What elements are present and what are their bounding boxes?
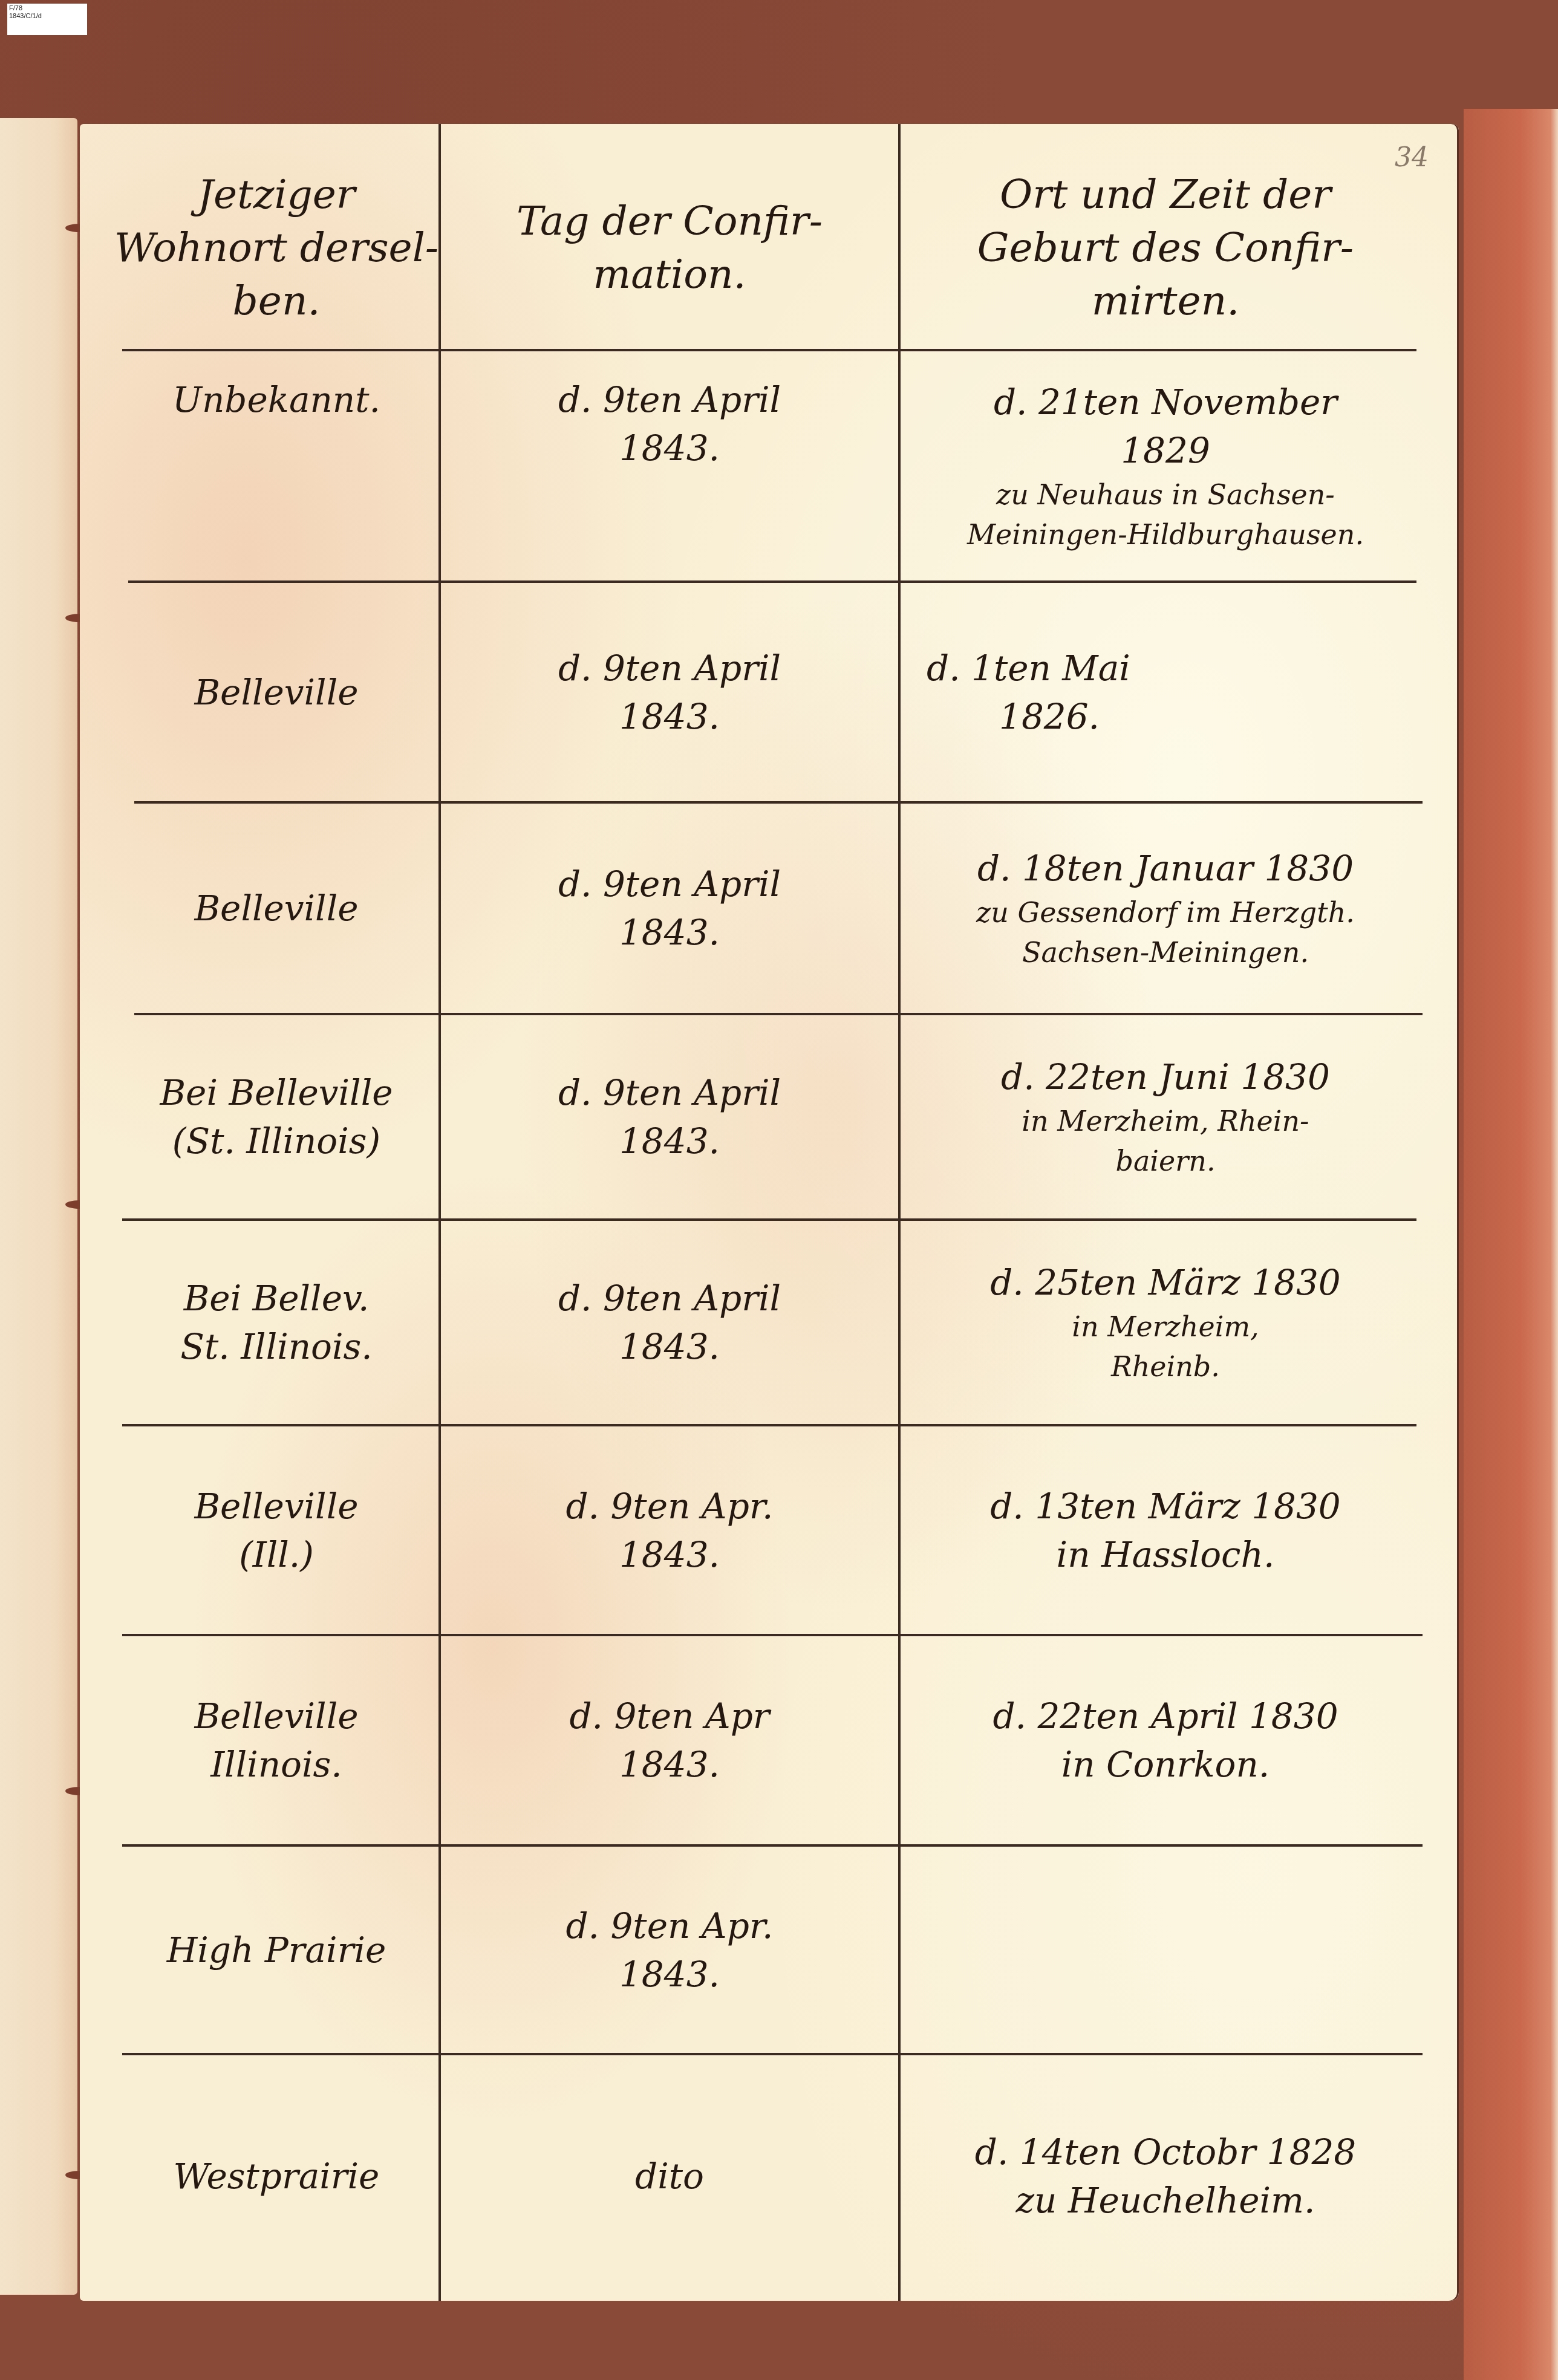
confirmation-text: d. 9ten April bbox=[558, 860, 781, 908]
residence-text: High Prairie bbox=[167, 1926, 386, 1974]
residence-text: Westprairie bbox=[174, 2152, 380, 2200]
confirmation-text: 1843. bbox=[619, 908, 720, 957]
birth-text: d. 22ten April 1830 bbox=[992, 1692, 1338, 1740]
residence-text: Belleville bbox=[194, 668, 358, 717]
confirmation-date-cell: d. 9ten April 1843. bbox=[443, 1221, 896, 1424]
birth-text: d. 21ten November bbox=[994, 378, 1337, 426]
confirmation-text: d. 9ten April bbox=[558, 1274, 781, 1322]
birth-text: in Merzheim, bbox=[1072, 1307, 1259, 1347]
book-binding-strip bbox=[1464, 109, 1558, 2380]
residence-cell: Westprairie bbox=[116, 2055, 437, 2297]
residence-cell: Bei Bellev. St. Illinois. bbox=[116, 1221, 437, 1424]
birth-text: baiern. bbox=[1115, 1141, 1215, 1181]
archive-label-line-1: F/78 bbox=[9, 5, 85, 13]
confirmation-text: 1843. bbox=[619, 1322, 720, 1371]
header-text: Ort und Zeit der bbox=[1000, 168, 1331, 221]
residence-text: Belleville bbox=[194, 1692, 358, 1740]
residence-text: Unbekannt. bbox=[172, 376, 380, 424]
confirmation-text: 1843. bbox=[619, 424, 720, 472]
column-divider bbox=[898, 124, 901, 2301]
birth-cell: d. 1ten Mai 1826. bbox=[914, 583, 1429, 801]
archive-label-line-2: 1843/C/1/d bbox=[9, 13, 85, 21]
header-text: ben. bbox=[233, 275, 321, 328]
birth-text: zu Heuchelheim. bbox=[1016, 2176, 1315, 2225]
confirmation-text: dito bbox=[635, 2152, 704, 2200]
header-birth-place-date: Ort und Zeit der Geburt des Confir- mirt… bbox=[902, 148, 1429, 348]
header-current-residence: Jetziger Wohnort dersel- ben. bbox=[116, 148, 437, 348]
residence-cell: High Prairie bbox=[116, 1847, 437, 2053]
residence-text: (St. Illinois) bbox=[172, 1117, 380, 1165]
residence-text: Bei Bellev. bbox=[184, 1274, 370, 1322]
confirmation-text: 1843. bbox=[619, 1740, 720, 1789]
confirmation-text: d. 9ten Apr. bbox=[566, 1482, 773, 1530]
birth-cell: d. 21ten November 1829 zu Neuhaus in Sac… bbox=[902, 351, 1429, 580]
facing-page-edge bbox=[0, 118, 77, 2295]
birth-cell: d. 22ten April 1830 in Conrkon. bbox=[902, 1636, 1429, 1844]
confirmation-text: d. 9ten April bbox=[558, 644, 781, 692]
residence-cell: Belleville (Ill.) bbox=[116, 1426, 437, 1634]
column-divider bbox=[438, 124, 441, 2301]
confirmation-date-cell: d. 9ten Apr. 1843. bbox=[443, 1426, 896, 1634]
birth-cell: d. 18ten Januar 1830 zu Gessendorf im He… bbox=[902, 804, 1429, 1013]
confirmation-text: d. 9ten Apr bbox=[569, 1692, 769, 1740]
birth-text: 1826. bbox=[927, 692, 1100, 741]
birth-text: Rheinb. bbox=[1111, 1347, 1220, 1387]
header-text: Geburt des Confir- bbox=[977, 221, 1354, 275]
confirmation-date-cell: d. 9ten April 1843. bbox=[443, 583, 896, 801]
birth-cell-empty bbox=[902, 1847, 1429, 2053]
header-text: Tag der Confir- bbox=[517, 195, 823, 248]
birth-text: d. 18ten Januar 1830 bbox=[977, 844, 1354, 892]
birth-text: 1829 bbox=[1121, 426, 1210, 475]
confirmation-text: d. 9ten Apr. bbox=[566, 1902, 773, 1950]
residence-cell: Belleville Illinois. bbox=[116, 1636, 437, 1844]
confirmation-text: 1843. bbox=[619, 1530, 720, 1579]
header-text: Jetziger bbox=[198, 168, 356, 221]
confirmation-date-cell: dito bbox=[443, 2055, 896, 2297]
header-text: Wohnort dersel- bbox=[114, 221, 438, 275]
residence-cell: Belleville bbox=[116, 583, 437, 801]
confirmation-text: 1843. bbox=[619, 1117, 720, 1165]
birth-text: in Conrkon. bbox=[1061, 1740, 1270, 1789]
residence-text: St. Illinois. bbox=[180, 1322, 373, 1371]
birth-text: zu Gessendorf im Herzgth. bbox=[976, 892, 1355, 932]
birth-cell: d. 25ten März 1830 in Merzheim, Rheinb. bbox=[902, 1221, 1429, 1424]
confirmation-date-cell: d. 9ten Apr. 1843. bbox=[443, 1847, 896, 2053]
residence-text: (Ill.) bbox=[239, 1530, 314, 1579]
residence-cell: Bei Belleville (St. Illinois) bbox=[116, 1015, 437, 1218]
register-page: 34 Jetziger Wohnort dersel- ben. Tag der… bbox=[80, 124, 1459, 2301]
birth-text: d. 25ten März 1830 bbox=[990, 1258, 1341, 1307]
residence-cell: Unbekannt. bbox=[116, 351, 437, 580]
confirmation-date-cell: d. 9ten Apr 1843. bbox=[443, 1636, 896, 1844]
confirmation-date-cell: d. 9ten April 1843. bbox=[443, 1015, 896, 1218]
archive-reference-label: F/78 1843/C/1/d bbox=[7, 4, 87, 35]
birth-text: d. 22ten Juni 1830 bbox=[1001, 1053, 1330, 1101]
confirmation-text: d. 9ten April bbox=[558, 1068, 781, 1117]
birth-text: d. 14ten Octobr 1828 bbox=[975, 2128, 1356, 2176]
confirmation-text: d. 9ten April bbox=[558, 376, 781, 424]
birth-text: d. 1ten Mai bbox=[927, 644, 1130, 692]
birth-cell: d. 13ten März 1830 in Hassloch. bbox=[902, 1426, 1429, 1634]
residence-text: Bei Belleville bbox=[160, 1068, 393, 1117]
confirmation-text: 1843. bbox=[619, 692, 720, 741]
header-confirmation-date: Tag der Confir- mation. bbox=[443, 148, 896, 348]
residence-cell: Belleville bbox=[116, 804, 437, 1013]
birth-text: in Merzheim, Rhein- bbox=[1022, 1101, 1309, 1141]
confirmation-text: 1843. bbox=[619, 1950, 720, 1998]
confirmation-date-cell: d. 9ten April 1843. bbox=[443, 804, 896, 1013]
birth-text: zu Neuhaus in Sachsen- bbox=[996, 475, 1335, 515]
residence-text: Belleville bbox=[194, 1482, 358, 1530]
birth-cell: d. 14ten Octobr 1828 zu Heuchelheim. bbox=[902, 2055, 1429, 2297]
birth-text: Sachsen-Meiningen. bbox=[1022, 932, 1309, 972]
birth-cell: d. 22ten Juni 1830 in Merzheim, Rhein- b… bbox=[902, 1015, 1429, 1218]
birth-text: d. 13ten März 1830 bbox=[990, 1482, 1341, 1530]
residence-text: Belleville bbox=[194, 884, 358, 932]
header-text: mirten. bbox=[1092, 275, 1239, 328]
header-text: mation. bbox=[593, 248, 746, 301]
confirmation-date-cell: d. 9ten April 1843. bbox=[443, 351, 896, 580]
residence-text: Illinois. bbox=[210, 1740, 342, 1789]
birth-text: Meiningen-Hildburghausen. bbox=[967, 515, 1364, 554]
birth-text: in Hassloch. bbox=[1057, 1530, 1275, 1579]
